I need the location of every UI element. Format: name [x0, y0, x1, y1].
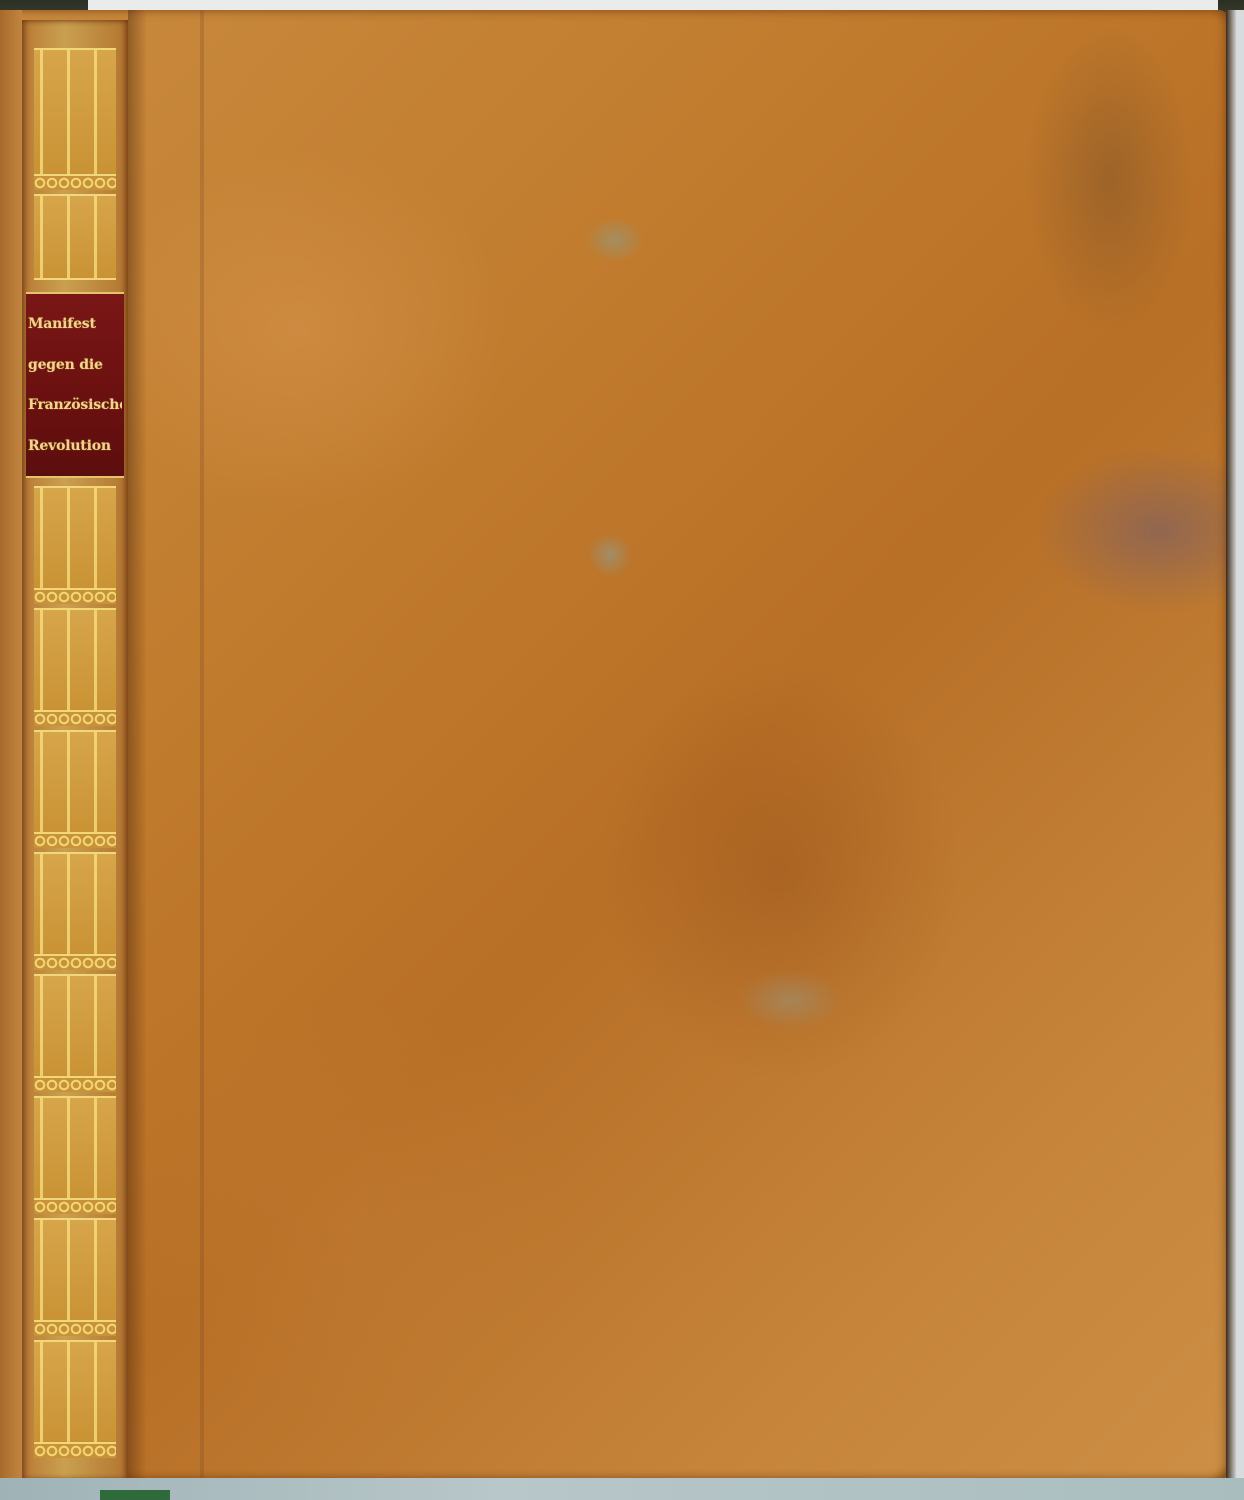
gilt-panel-ornament — [34, 48, 116, 176]
cover-hinge — [128, 10, 146, 1482]
cover-right-edge — [1226, 10, 1244, 1480]
paper-tab — [88, 0, 1218, 10]
scanner-bottom-edge — [0, 1478, 1244, 1500]
gilt-chain-ornament — [34, 1322, 116, 1336]
gilt-panel-ornament — [34, 730, 116, 834]
spine-title-line: Französische — [28, 397, 122, 413]
gilt-chain-ornament — [34, 1078, 116, 1092]
gilt-chain-ornament — [34, 590, 116, 604]
spine-title-line: Revolution — [28, 438, 122, 454]
gilt-panel-ornament — [34, 608, 116, 712]
spine-title-label: Manifest gegen die Französische Revoluti… — [26, 292, 124, 478]
gilt-chain-ornament — [34, 712, 116, 726]
gilt-panel-ornament — [34, 1218, 116, 1322]
gilt-chain-ornament — [34, 176, 116, 190]
spine-fold — [0, 10, 22, 1482]
gilt-panel-ornament — [34, 974, 116, 1078]
gilt-chain-ornament — [34, 834, 116, 848]
spine-title-line: gegen die — [28, 357, 122, 373]
gilt-chain-ornament — [34, 1444, 116, 1458]
gilt-chain-ornament — [34, 1200, 116, 1214]
book-spine: Manifest gegen die Französische Revoluti… — [22, 20, 128, 1480]
book-cover — [0, 10, 1232, 1482]
bottom-green-edge — [100, 1490, 170, 1500]
gilt-panel-ornament — [34, 1340, 116, 1444]
spine-title-line: Manifest — [28, 316, 122, 332]
board-edge-line — [200, 10, 204, 1482]
gilt-panel-ornament — [34, 194, 116, 280]
gilt-panel-ornament — [34, 852, 116, 956]
gilt-chain-ornament — [34, 956, 116, 970]
gilt-panel-ornament — [34, 486, 116, 590]
gilt-panel-ornament — [34, 1096, 116, 1200]
